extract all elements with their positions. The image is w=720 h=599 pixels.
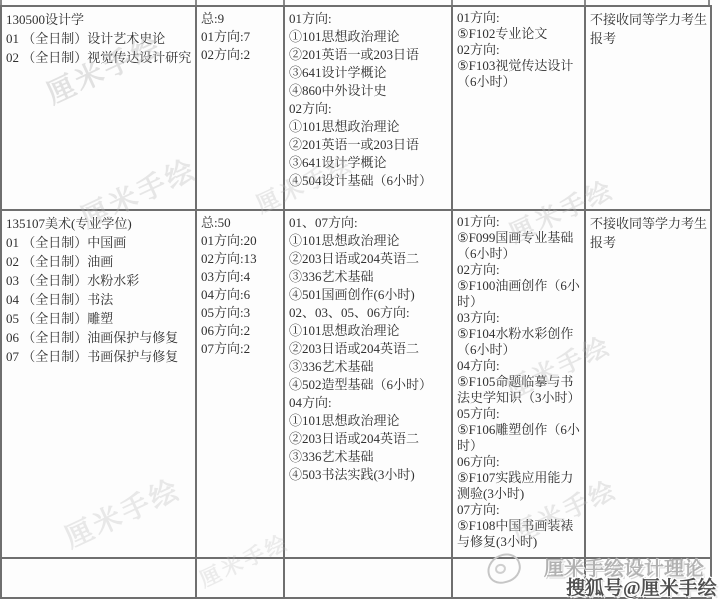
text-line: 01方向: [457, 214, 581, 230]
brand-logo-inner-dot [494, 563, 507, 575]
text-line: ②201英语一或203日语 [289, 136, 448, 154]
text-line: ①101思想政治理论 [289, 322, 448, 340]
table-cell-r2-c5: 不接收同等学力考生报考 [586, 211, 712, 559]
text-line: ①101思想政治理论 [289, 232, 448, 250]
text-line: 04方向: [457, 358, 581, 374]
text-line: 07方向: [457, 502, 581, 518]
table-cell-r1-c5: 不接收同等学力考生报考 [586, 7, 712, 211]
table-cell-r3-c3 [285, 559, 453, 599]
text-line: ④501国画创作(6小时) [289, 286, 448, 304]
text-line: 04方向:6 [201, 286, 280, 304]
text-line: 02方向: [289, 100, 448, 118]
text-line: ⑤F103视觉传达设计（6小时） [457, 58, 581, 90]
table-cell-r1-c3: 01方向:①101思想政治理论②201英语一或203日语③641设计学概论④86… [285, 7, 453, 211]
text-line: 07方向:2 [201, 340, 280, 358]
table-cell-r3-c2 [197, 559, 285, 599]
text-line: ②203日语或204英语二 [289, 250, 448, 268]
table-cell-r2-c4: 01方向:⑤F099国画专业基础（6小时）02方向:⑤F100油画创作（6小时）… [453, 211, 586, 559]
text-line: 03 （全日制）水粉水彩 [6, 271, 192, 290]
text-line: ⑤F102专业论文 [457, 26, 581, 42]
text-line: 01 （全日制）中国画 [6, 233, 192, 252]
text-line: ③336艺术基础 [289, 358, 448, 376]
text-line: 02、03、05、06方向: [289, 304, 448, 322]
table-cell-r2-c2: 总:5001方向:2002方向:1303方向:404方向:605方向:306方向… [197, 211, 285, 559]
text-line: ②201英语一或203日语 [289, 46, 448, 64]
text-line: 135107美术(专业学位) [6, 214, 192, 233]
text-line: 02方向: [457, 262, 581, 278]
text-line: 03方向:4 [201, 268, 280, 286]
table-cell-r2-c1: 135107美术(专业学位)01 （全日制）中国画02 （全日制）油画03 （全… [2, 211, 197, 559]
text-line: ⑤F106雕塑创作（6小时） [457, 422, 581, 454]
text-line: 06方向: [457, 454, 581, 470]
text-line: 01方向:20 [201, 232, 280, 250]
text-line: 05方向:3 [201, 304, 280, 322]
text-line: ④504设计基础（6小时） [289, 172, 448, 190]
text-line: ⑤F107实践应用能力测验(3小时) [457, 470, 581, 502]
text-line: ③641设计学概论 [289, 64, 448, 82]
text-line: ③641设计学概论 [289, 154, 448, 172]
text-line: ②203日语或204英语二 [289, 340, 448, 358]
text-line: 01 （全日制）设计艺术史论 [6, 29, 192, 48]
text-line: 01方向: [289, 10, 448, 28]
text-line: ④502造型基础（6小时） [289, 376, 448, 394]
table-cell-r1-c1: 130500设计学01 （全日制）设计艺术史论02 （全日制）视觉传达设计研究 [2, 7, 197, 211]
table-cell-r1-c4: 01方向:⑤F102专业论文02方向:⑤F103视觉传达设计（6小时） [453, 7, 586, 211]
text-line: 02 （全日制）视觉传达设计研究 [6, 48, 192, 67]
text-line: 01方向: [457, 10, 581, 26]
text-line: 07 （全日制）书画保护与修复 [6, 347, 192, 366]
text-line: 05 （全日制）雕塑 [6, 309, 192, 328]
table-cell-r3-c1 [2, 559, 197, 599]
text-line: 不接收同等学力考生报考 [590, 10, 707, 48]
text-line: ④503书法实践(3小时) [289, 466, 448, 484]
text-line: 02 （全日制）油画 [6, 252, 192, 271]
text-line: ③336艺术基础 [289, 268, 448, 286]
text-line: ⑤F099国画专业基础（6小时） [457, 230, 581, 262]
text-line: 02方向: [457, 42, 581, 58]
text-line: ①101思想政治理论 [289, 28, 448, 46]
admissions-table-page: 130500设计学01 （全日制）设计艺术史论02 （全日制）视觉传达设计研究总… [0, 0, 720, 599]
text-line: 04方向: [289, 394, 448, 412]
text-line: ③336艺术基础 [289, 448, 448, 466]
sohu-account-label: 搜狐号@厘米手绘 [566, 573, 717, 599]
text-line: ⑤F105命题临摹与书法史学知识（3小时） [457, 374, 581, 406]
text-line: 02方向:2 [201, 46, 280, 64]
text-line: ①101思想政治理论 [289, 412, 448, 430]
admissions-table: 130500设计学01 （全日制）设计艺术史论02 （全日制）视觉传达设计研究总… [0, 5, 712, 599]
table-cell-r2-c3: 01、07方向:①101思想政治理论②203日语或204英语二③336艺术基础④… [285, 211, 453, 559]
text-line: ①101思想政治理论 [289, 118, 448, 136]
text-line: ⑤F108中国书画装裱与修复(3小时) [457, 518, 581, 550]
text-line: ⑤F104水粉水彩创作（6小时） [457, 326, 581, 358]
text-line: 01方向:7 [201, 28, 280, 46]
text-line: 130500设计学 [6, 10, 192, 29]
text-line: 06 （全日制）油画保护与修复 [6, 328, 192, 347]
text-line: 06方向:2 [201, 322, 280, 340]
text-line: ②203日语或204英语二 [289, 430, 448, 448]
text-line: ④860中外设计史 [289, 82, 448, 100]
text-line: 03方向: [457, 310, 581, 326]
text-line: ⑤F100油画创作（6小时） [457, 278, 581, 310]
text-line: 04 （全日制）书法 [6, 290, 192, 309]
text-line: 02方向:13 [201, 250, 280, 268]
text-line: 总:9 [201, 10, 280, 28]
text-line: 总:50 [201, 214, 280, 232]
text-line: 01、07方向: [289, 214, 448, 232]
text-line: 05方向: [457, 406, 581, 422]
table-cell-r1-c2: 总:901方向:702方向:2 [197, 7, 285, 211]
text-line: 不接收同等学力考生报考 [590, 214, 707, 252]
